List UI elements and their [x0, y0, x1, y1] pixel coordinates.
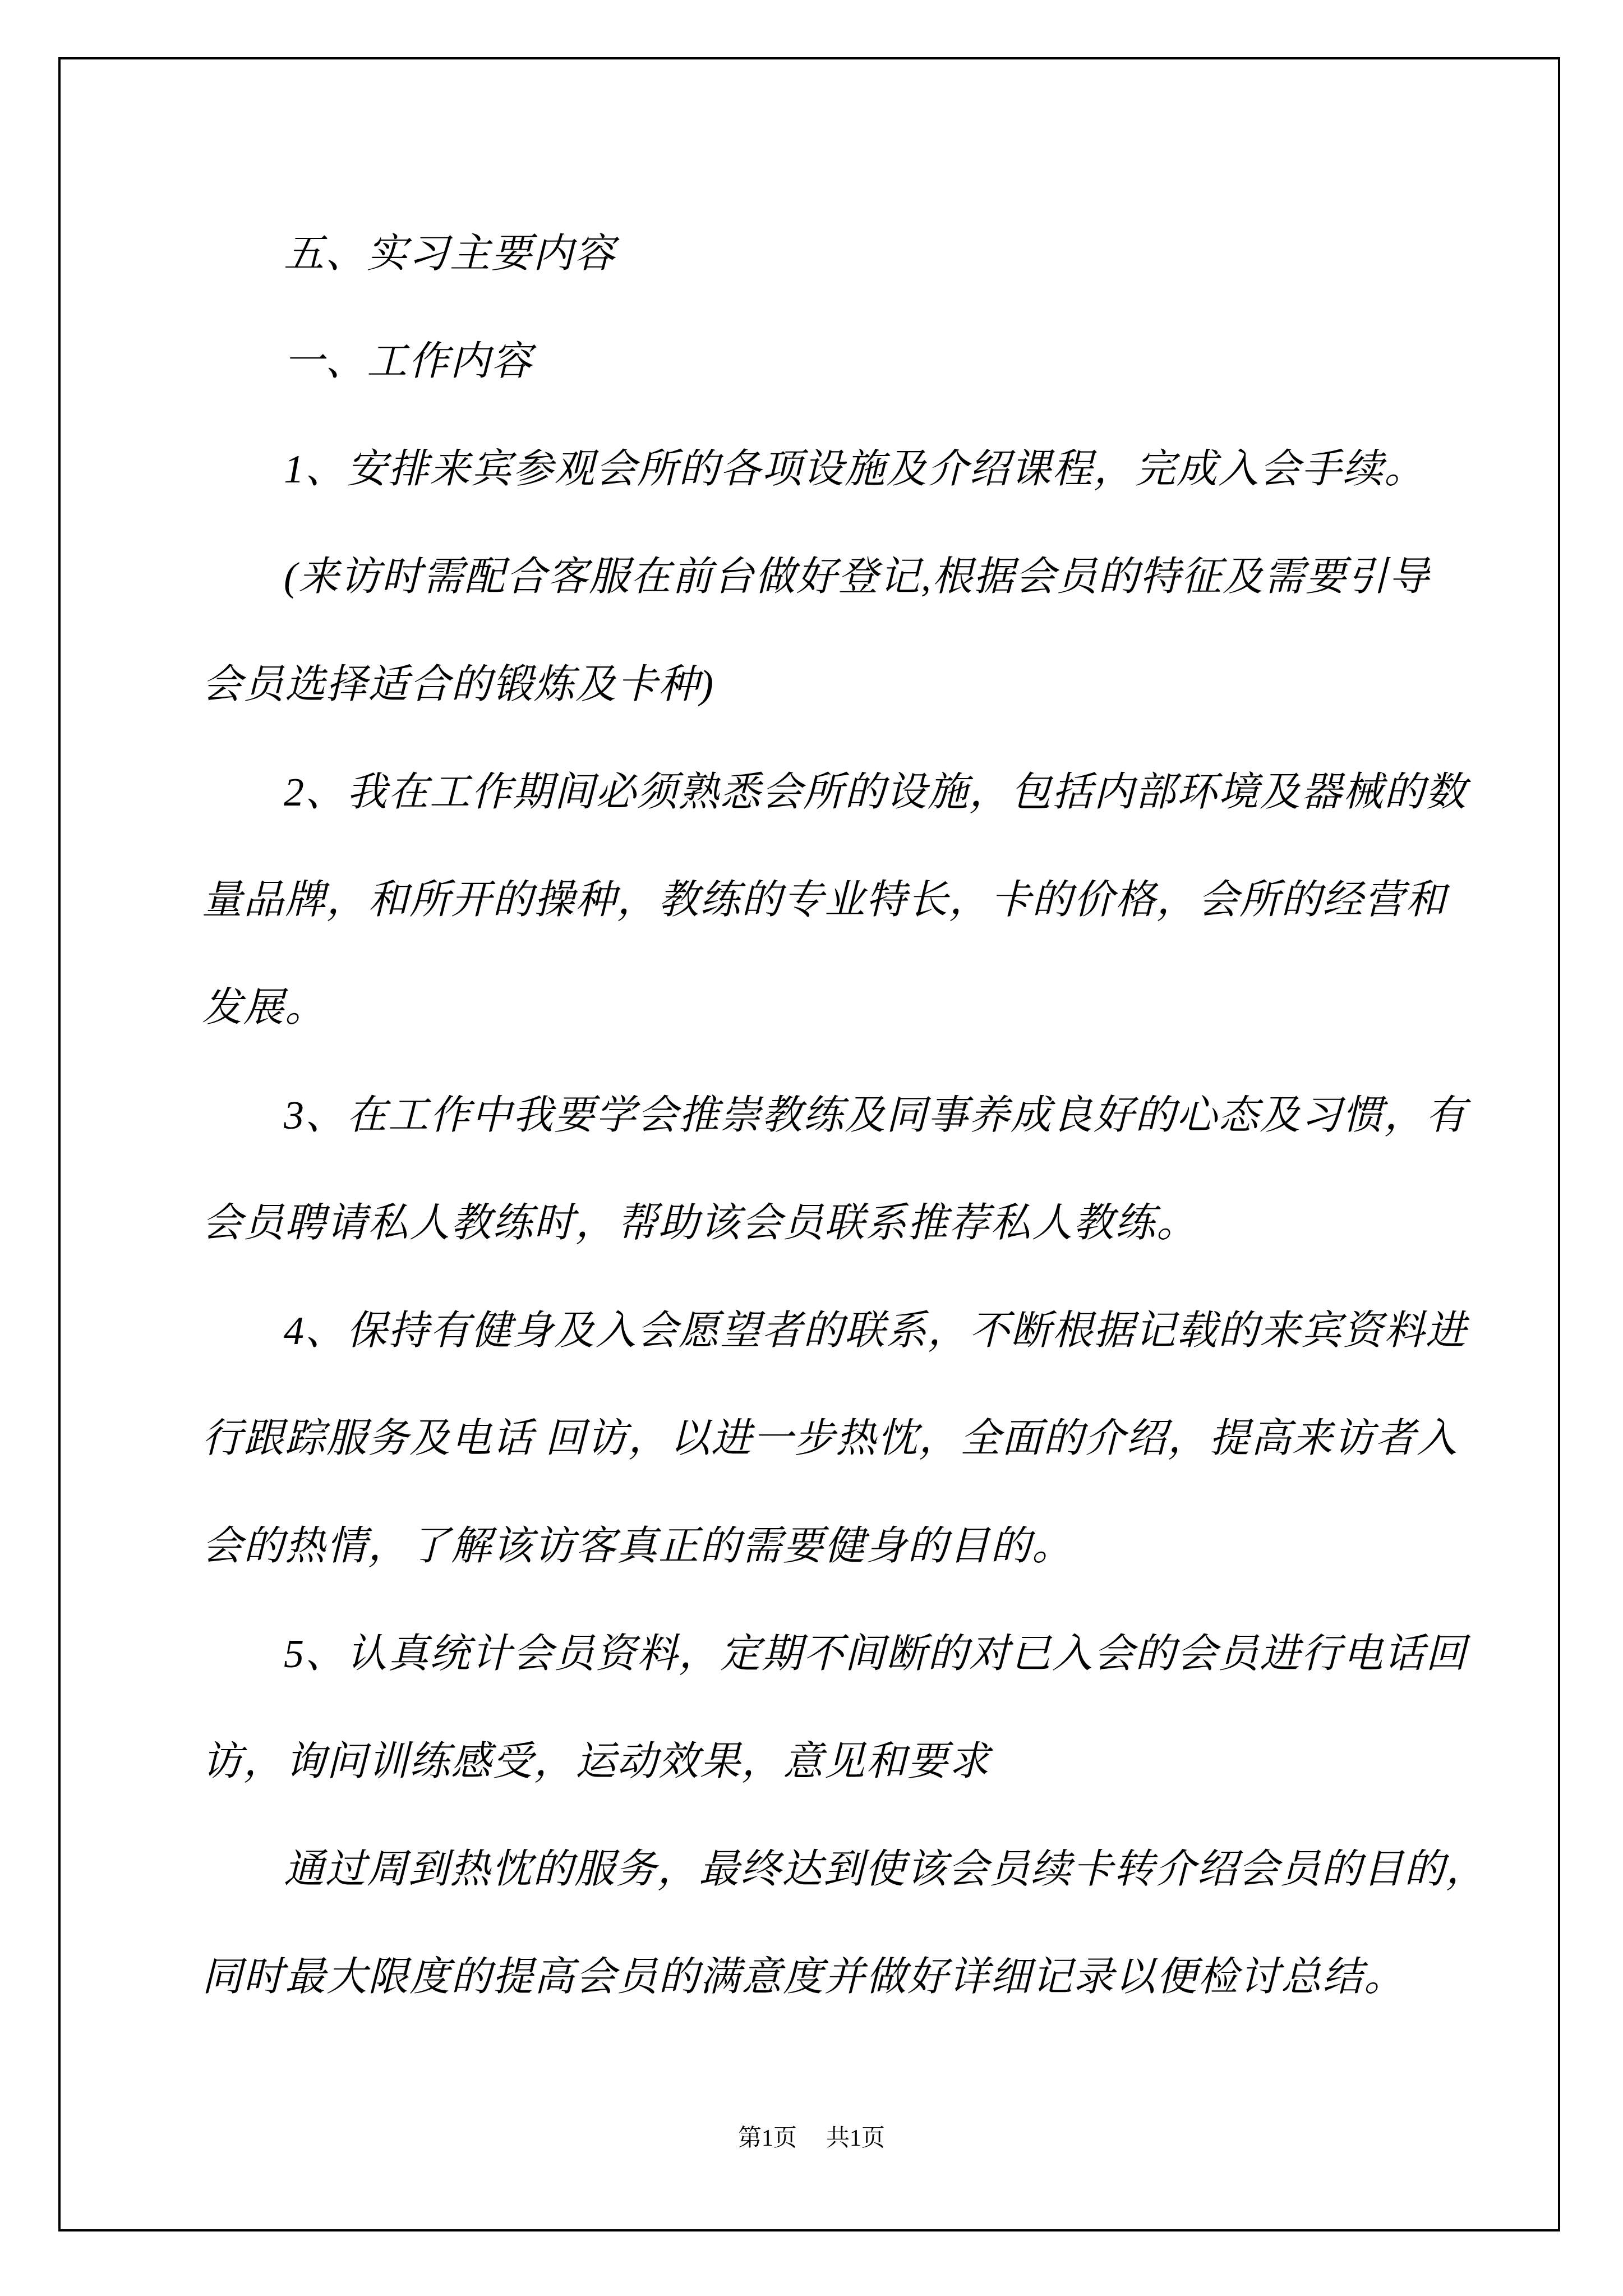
text-line: 通过周到热忱的服务，最终达到使该会员续卡转介绍会员的目的，: [202, 1815, 1441, 1923]
text-line: 访，询问训练感受，运动效果，意见和要求: [202, 1708, 1441, 1815]
text-line: 量品牌，和所开的操种，教练的专业特长，卡的价格，会所的经营和: [202, 846, 1441, 954]
text-line: 3、在工作中我要学会推崇教练及同事养成良好的心态及习惯，有: [202, 1061, 1441, 1169]
text-line: 五、实习主要内容: [202, 200, 1441, 307]
text-line: 行跟踪服务及电话 回访，以进一步热忱，全面的介绍，提高来访者入: [202, 1384, 1441, 1492]
text-line: 会的热情，了解该访客真正的需要健身的目的。: [202, 1492, 1441, 1600]
text-line: 发展。: [202, 954, 1441, 1061]
page-border: 五、实习主要内容一、工作内容1、安排来宾参观会所的各项设施及介绍课程，完成入会手…: [58, 57, 1560, 2231]
text-line: 1、安排来宾参观会所的各项设施及介绍课程，完成入会手续。: [202, 415, 1441, 523]
document-body: 五、实习主要内容一、工作内容1、安排来宾参观会所的各项设施及介绍课程，完成入会手…: [202, 200, 1441, 2031]
page-number-current: 第1页: [738, 2125, 797, 2151]
text-line: 同时最大限度的提高会员的满意度并做好详细记录以便检讨总结。: [202, 1923, 1441, 2031]
page-number-total: 共1页: [826, 2125, 885, 2151]
page-footer: 第1页共1页: [0, 2122, 1623, 2155]
text-line: 5、认真统计会员资料，定期不间断的对已入会的会员进行电话回: [202, 1600, 1441, 1708]
text-line: 2、我在工作期间必须熟悉会所的设施，包括内部环境及器械的数: [202, 738, 1441, 846]
text-line: (来访时需配合客服在前台做好登记,根据会员的特征及需要引导: [202, 523, 1441, 631]
document-page: 五、实习主要内容一、工作内容1、安排来宾参观会所的各项设施及介绍课程，完成入会手…: [0, 0, 1623, 2296]
text-line: 会员选择适合的锻炼及卡种): [202, 631, 1441, 738]
text-line: 4、保持有健身及入会愿望者的联系，不断根据记载的来宾资料进: [202, 1277, 1441, 1384]
text-line: 会员聘请私人教练时，帮助该会员联系推荐私人教练。: [202, 1169, 1441, 1277]
text-line: 一、工作内容: [202, 307, 1441, 415]
